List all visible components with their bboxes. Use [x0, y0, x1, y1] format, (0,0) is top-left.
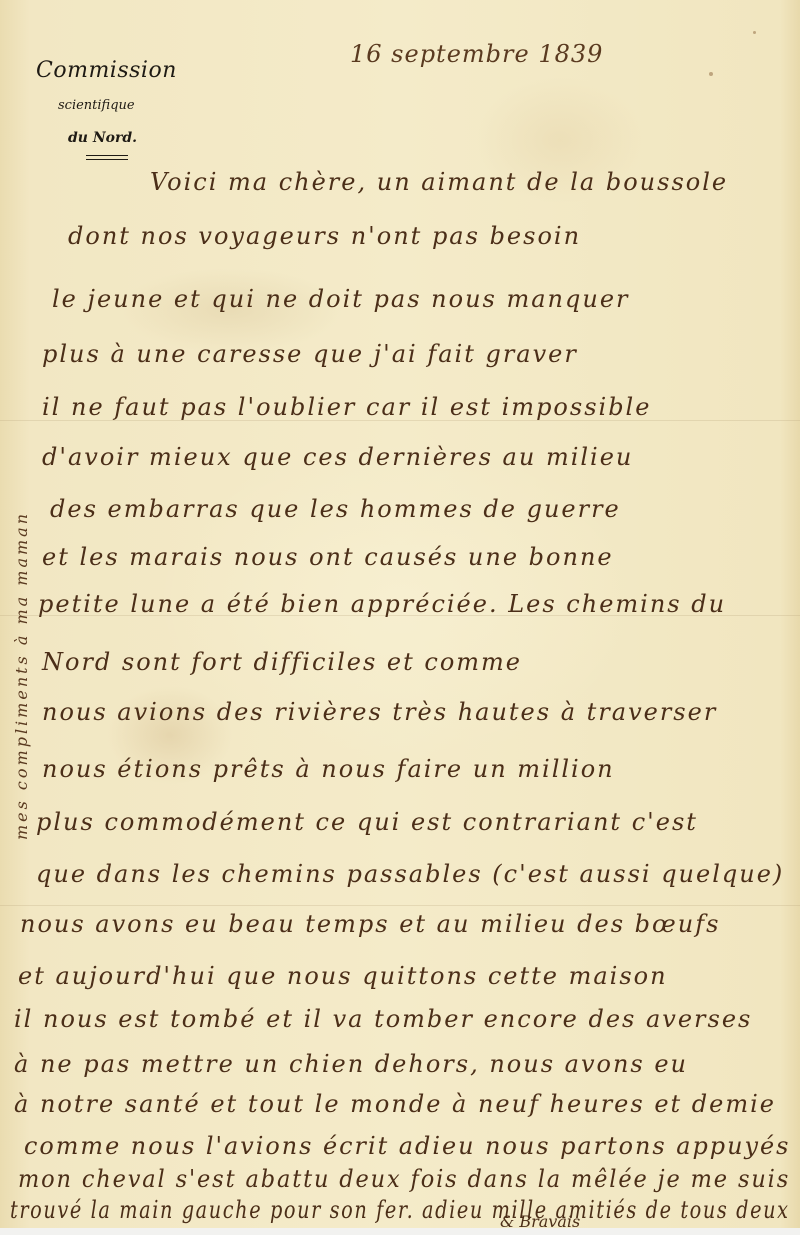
body-line: trouvé la main gauche pour son fer. adie… — [10, 1196, 790, 1224]
body-line: à ne pas mettre un chien dehors, nous av… — [14, 1050, 688, 1078]
body-line: que dans les chemins passables (c'est au… — [36, 860, 784, 888]
body-line: petite lune a été bien appréciée. Les ch… — [38, 590, 726, 618]
ink-spot — [753, 31, 756, 34]
body-line: Nord sont fort difficiles et comme — [42, 648, 522, 676]
body-line: plus commodément ce qui est contrariant … — [36, 808, 698, 836]
scan-bottom-edge — [0, 1228, 800, 1235]
body-line: nous avons eu beau temps et au milieu de… — [20, 910, 720, 938]
body-line: il nous est tombé et il va tomber encore… — [14, 1005, 752, 1033]
letter-page: Commission scientifique du Nord. 16 sept… — [0, 0, 800, 1228]
body-line: à notre santé et tout le monde à neuf he… — [14, 1090, 776, 1118]
body-line: plus à une caresse que j'ai fait graver — [42, 340, 578, 368]
body-line: et aujourd'hui que nous quittons cette m… — [18, 962, 668, 990]
paper-fold-line — [0, 905, 800, 906]
body-line: nous étions prêts à nous faire un millio… — [42, 755, 615, 783]
letterhead-commission: Commission — [36, 58, 177, 83]
body-line: mon cheval s'est abattu deux fois dans l… — [18, 1165, 790, 1193]
margin-note: mes compliments à ma maman — [12, 470, 31, 840]
body-line: et les marais nous ont causés une bonne — [42, 543, 614, 571]
letter-date: 16 septembre 1839 — [350, 40, 603, 68]
body-line: Voici ma chère, un aimant de la boussole — [150, 168, 728, 196]
body-line: nous avions des rivières très hautes à t… — [42, 698, 717, 726]
body-line: d'avoir mieux que ces dernières au milie… — [42, 443, 633, 471]
letterhead-scientifique: scientifique — [58, 98, 135, 113]
body-line: dont nos voyageurs n'ont pas besoin — [68, 222, 581, 250]
letterhead-du-nord: du Nord. — [68, 130, 137, 146]
body-line: des embarras que les hommes de guerre — [50, 495, 621, 523]
body-line: comme nous l'avions écrit adieu nous par… — [24, 1132, 790, 1160]
body-line: le jeune et qui ne doit pas nous manquer — [52, 285, 630, 313]
body-line: il ne faut pas l'oublier car il est impo… — [42, 393, 651, 421]
letterhead-double-rule — [86, 155, 128, 160]
ink-spot — [709, 72, 713, 76]
